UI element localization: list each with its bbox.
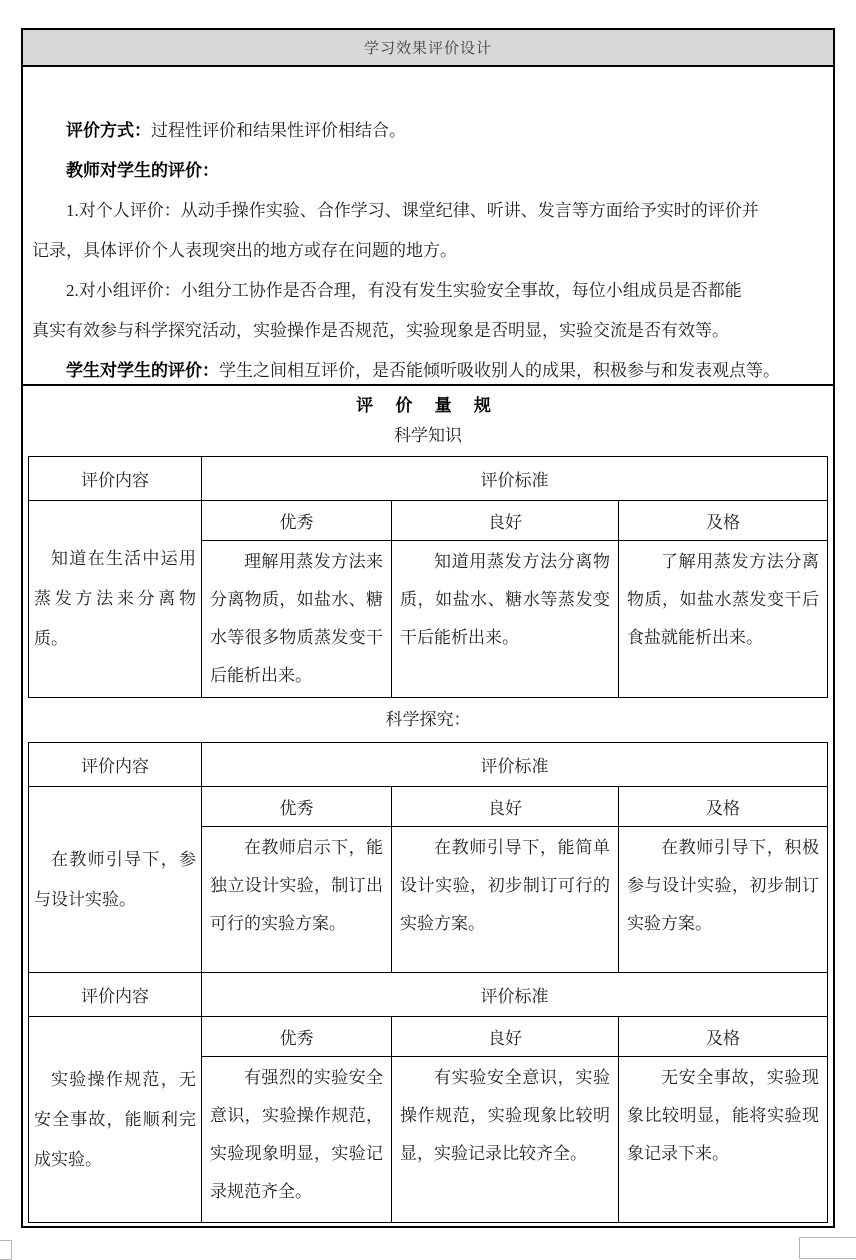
individual-eval-text: 1.对个人评价：从动手操作实验、合作学习、课堂纪律、听讲、发言等方面给予实时的评… — [32, 201, 759, 260]
cell-inquiry1-good: 在教师引导下，能简单设计实验，初步制订可行的实验方案。 — [392, 827, 619, 973]
cell-knowledge-content: 知道在生活中运用蒸发方法来分离物质。 — [29, 501, 202, 698]
cell-knowledge-pass: 了解用蒸发方法分离物质，如盐水蒸发变干后食盐就能析出来。 — [619, 541, 828, 698]
document-page: 学习效果评价设计 评价方式：过程性评价和结果性评价相结合。 教师对学生的评价： … — [21, 28, 835, 1228]
teacher-eval-label: 教师对学生的评价： — [66, 161, 219, 180]
grade-cell-good: 良好 — [392, 787, 619, 827]
rubric-table-knowledge: 评价内容 评价标准 知道在生活中运用蒸发方法来分离物质。 优秀 良好 及格 理解… — [28, 456, 828, 698]
section-title-inquiry: 科学探究： — [23, 706, 833, 734]
header-cell-content-label: 评价内容 — [29, 457, 202, 501]
page-title: 学习效果评价设计 — [364, 37, 492, 58]
rubric-table-inquiry: 评价内容 评价标准 在教师引导下，参与设计实验。 优秀 良好 及格 在教师启示下… — [28, 742, 828, 1223]
intro-section: 评价方式：过程性评价和结果性评价相结合。 教师对学生的评价： 1.对个人评价：从… — [23, 67, 833, 384]
cell-inquiry2-content: 实验操作规范，无安全事故，能顺利完成实验。 — [29, 1017, 202, 1223]
paragraph-individual-eval: 1.对个人评价：从动手操作实验、合作学习、课堂纪律、听讲、发言等方面给予实时的评… — [32, 191, 824, 271]
peer-eval-label: 学生对学生的评价： — [66, 361, 219, 380]
header-cell-standard-label: 评价标准 — [202, 457, 828, 501]
cell-knowledge-good: 知道用蒸发方法分离物质，如盐水、糖水等蒸发变干后能析出来。 — [392, 541, 619, 698]
cell-inquiry2-excellent: 有强烈的实验安全意识，实验操作规范，实验现象明显，实验记录规范齐全。 — [202, 1057, 392, 1223]
grade-cell-excellent: 优秀 — [202, 787, 392, 827]
grade-cell-pass: 及格 — [619, 501, 828, 541]
table-row: 评价内容 评价标准 — [29, 973, 828, 1017]
rubric-section: 评 价 量 规 科学知识 评价内容 评价标准 知道在生活中运用蒸发方法来分离物质… — [23, 384, 833, 1226]
cell-inquiry2-good: 有实验安全意识，实验操作规范，实验现象比较明显，实验记录比较齐全。 — [392, 1057, 619, 1223]
cell-knowledge-excellent: 理解用蒸发方法来分离物质，如盐水、糖水等很多物质蒸发变干后能析出来。 — [202, 541, 392, 698]
table-row: 评价内容 评价标准 — [29, 743, 828, 787]
paragraph-teacher-eval-heading: 教师对学生的评价： — [32, 151, 824, 191]
grade-cell-pass: 及格 — [619, 787, 828, 827]
paragraph-group-eval: 2.对小组评价：小组分工协作是否合理，有没有发生实验安全事故，每位小组成员是否都… — [32, 271, 824, 351]
grade-cell-excellent: 优秀 — [202, 1017, 392, 1057]
table-row: 知道在生活中运用蒸发方法来分离物质。 优秀 良好 及格 — [29, 501, 828, 541]
header-cell-content-label: 评价内容 — [29, 973, 202, 1017]
table-row: 评价内容 评价标准 — [29, 457, 828, 501]
cell-inquiry2-pass: 无安全事故，实验现象比较明显，能将实验现象记录下来。 — [619, 1057, 828, 1223]
cell-inquiry1-content: 在教师引导下，参与设计实验。 — [29, 787, 202, 973]
page-corner-handle-left — [0, 1240, 12, 1260]
cell-inquiry1-pass: 在教师引导下，积极参与设计实验，初步制订实验方案。 — [619, 827, 828, 973]
document-title-bar: 学习效果评价设计 — [23, 30, 833, 67]
rubric-heading: 评 价 量 规 — [23, 392, 833, 420]
grade-cell-excellent: 优秀 — [202, 501, 392, 541]
eval-method-text: 过程性评价和结果性评价相结合。 — [151, 121, 406, 140]
paragraph-eval-method: 评价方式：过程性评价和结果性评价相结合。 — [32, 111, 824, 151]
peer-eval-text: 学生之间相互评价，是否能倾听吸收别人的成果，积极参与和发表观点等。 — [219, 361, 780, 380]
grade-cell-good: 良好 — [392, 501, 619, 541]
section-title-knowledge: 科学知识 — [23, 422, 833, 450]
eval-method-label: 评价方式： — [66, 121, 151, 140]
table-row: 实验操作规范，无安全事故，能顺利完成实验。 优秀 良好 及格 — [29, 1017, 828, 1057]
group-eval-text: 2.对小组评价：小组分工协作是否合理，有没有发生实验安全事故，每位小组成员是否都… — [32, 281, 742, 340]
cell-inquiry1-excellent: 在教师启示下，能独立设计实验，制订出可行的实验方案。 — [202, 827, 392, 973]
grade-cell-pass: 及格 — [619, 1017, 828, 1057]
paragraph-peer-eval: 学生对学生的评价：学生之间相互评价，是否能倾听吸收别人的成果，积极参与和发表观点… — [32, 351, 824, 384]
header-cell-content-label: 评价内容 — [29, 743, 202, 787]
header-cell-standard-label: 评价标准 — [202, 743, 828, 787]
header-cell-standard-label: 评价标准 — [202, 973, 828, 1017]
grade-cell-good: 良好 — [392, 1017, 619, 1057]
table-row: 在教师引导下，参与设计实验。 优秀 良好 及格 — [29, 787, 828, 827]
